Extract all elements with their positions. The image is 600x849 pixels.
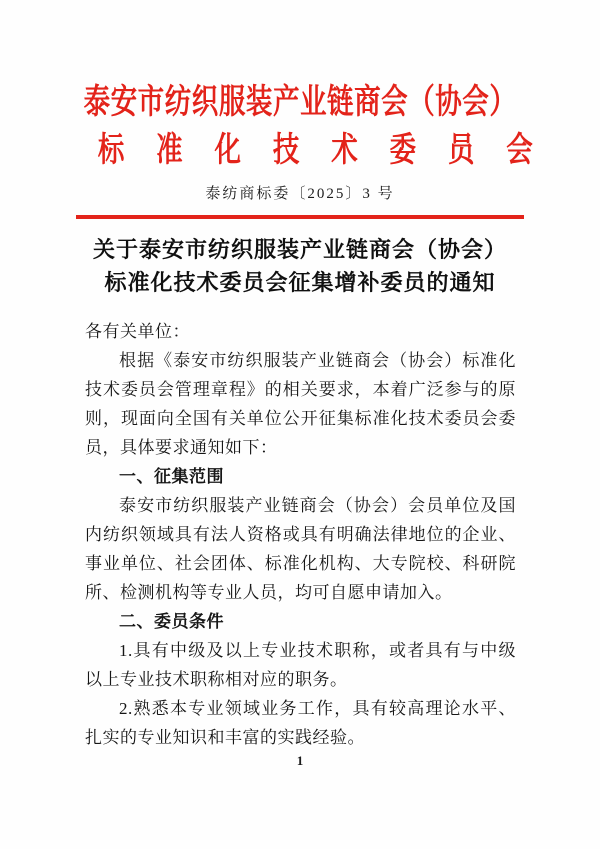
letterhead: 泰安市纺织服装产业链商会（协会） 标准化技术委员会 泰纺商标委〔2025〕3 号 [0,78,600,219]
salutation: 各有关单位： [85,317,516,346]
section-heading-conditions: 二、委员条件 [85,607,516,636]
paragraph-condition-1: 1.具有中级及以上专业技术职称，或者具有与中级以上专业技术职称相对应的职务。 [85,636,516,694]
org-name-line2: 标准化技术委员会 [66,126,534,174]
document-title-line1: 关于泰安市纺织服装产业链商会（协会） [0,233,600,266]
paragraph-intro: 根据《泰安市纺织服装产业链商会（协会）标准化技术委员会管理章程》的相关要求，本着… [85,346,516,462]
document-page: 泰安市纺织服装产业链商会（协会） 标准化技术委员会 泰纺商标委〔2025〕3 号… [0,0,600,849]
document-title-line2: 标准化技术委员会征集增补委员的通知 [0,266,600,299]
document-body: 各有关单位： 根据《泰安市纺织服装产业链商会（协会）标准化技术委员会管理章程》的… [85,317,516,752]
document-number: 泰纺商标委〔2025〕3 号 [0,183,600,205]
page-number: 1 [297,753,304,768]
section-heading-scope: 一、征集范围 [85,462,516,491]
red-divider-line [76,215,524,219]
page-footer: 1 [0,753,600,769]
org-name-line1: 泰安市纺织服装产业链商会（协会） [66,78,534,126]
paragraph-condition-2: 2.熟悉本专业领域业务工作，具有较高理论水平、扎实的专业知识和丰富的实践经验。 [85,694,516,752]
paragraph-scope: 泰安市纺织服装产业链商会（协会）会员单位及国内纺织领域具有法人资格或具有明确法律… [85,491,516,607]
document-title: 关于泰安市纺织服装产业链商会（协会） 标准化技术委员会征集增补委员的通知 [0,233,600,299]
